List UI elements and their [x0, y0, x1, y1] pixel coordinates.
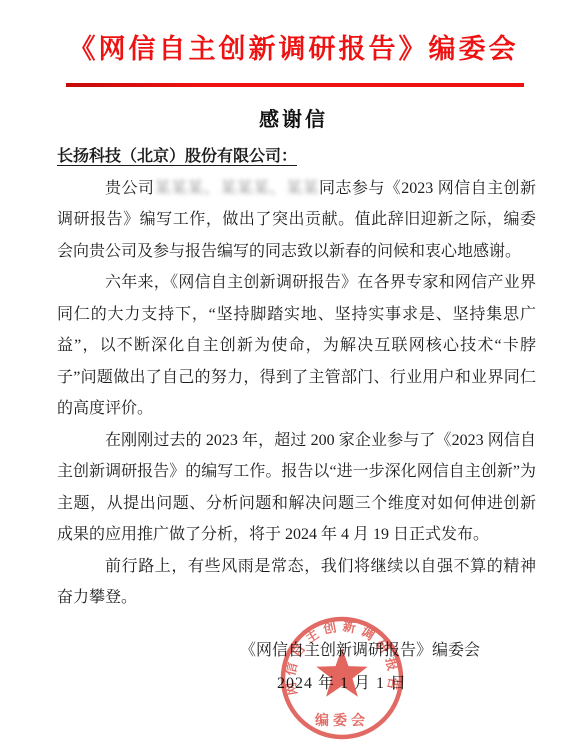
letter-body: 长扬科技（北京）股份有限公司： 贵公司某某某、某某某、某某同志参与《2023 网…: [57, 141, 536, 614]
paragraph-3: 在刚刚过去的 2023 年，超过 200 家企业参与了《2023 网信自主创新调…: [57, 425, 536, 551]
salutation: 长扬科技（北京）股份有限公司：: [57, 141, 536, 173]
letterhead-divider: [66, 83, 524, 87]
paragraph-4: 前行路上，有些风雨是常态，我们将继续以自强不算的精神奋力攀登。: [57, 551, 536, 614]
signature-committee: 《网信自主创新调研报告》编委会: [240, 637, 480, 660]
paragraph-1: 贵公司某某某、某某某、某某同志参与《2023 网信自主创新调研报告》编写工作，做…: [57, 173, 536, 268]
signature-date: 2024 年 1 月 1 日: [277, 670, 407, 693]
redacted-names: 某某某、某某某、某某: [154, 180, 319, 197]
seal-bottom-text: 编委会: [315, 712, 369, 729]
letter-page: 《网信自主创新调研报告》编委会 感谢信 长扬科技（北京）股份有限公司： 贵公司某…: [0, 0, 587, 740]
letter-heading: 感谢信: [0, 103, 587, 132]
letterhead-title: 《网信自主创新调研报告》编委会: [0, 27, 587, 66]
paragraph-2: 六年来，《网信自主创新调研报告》在各界专家和网信产业界同仁的大力支持下，“坚持脚…: [57, 267, 536, 425]
paragraph-1-prefix: 贵公司: [105, 180, 154, 197]
